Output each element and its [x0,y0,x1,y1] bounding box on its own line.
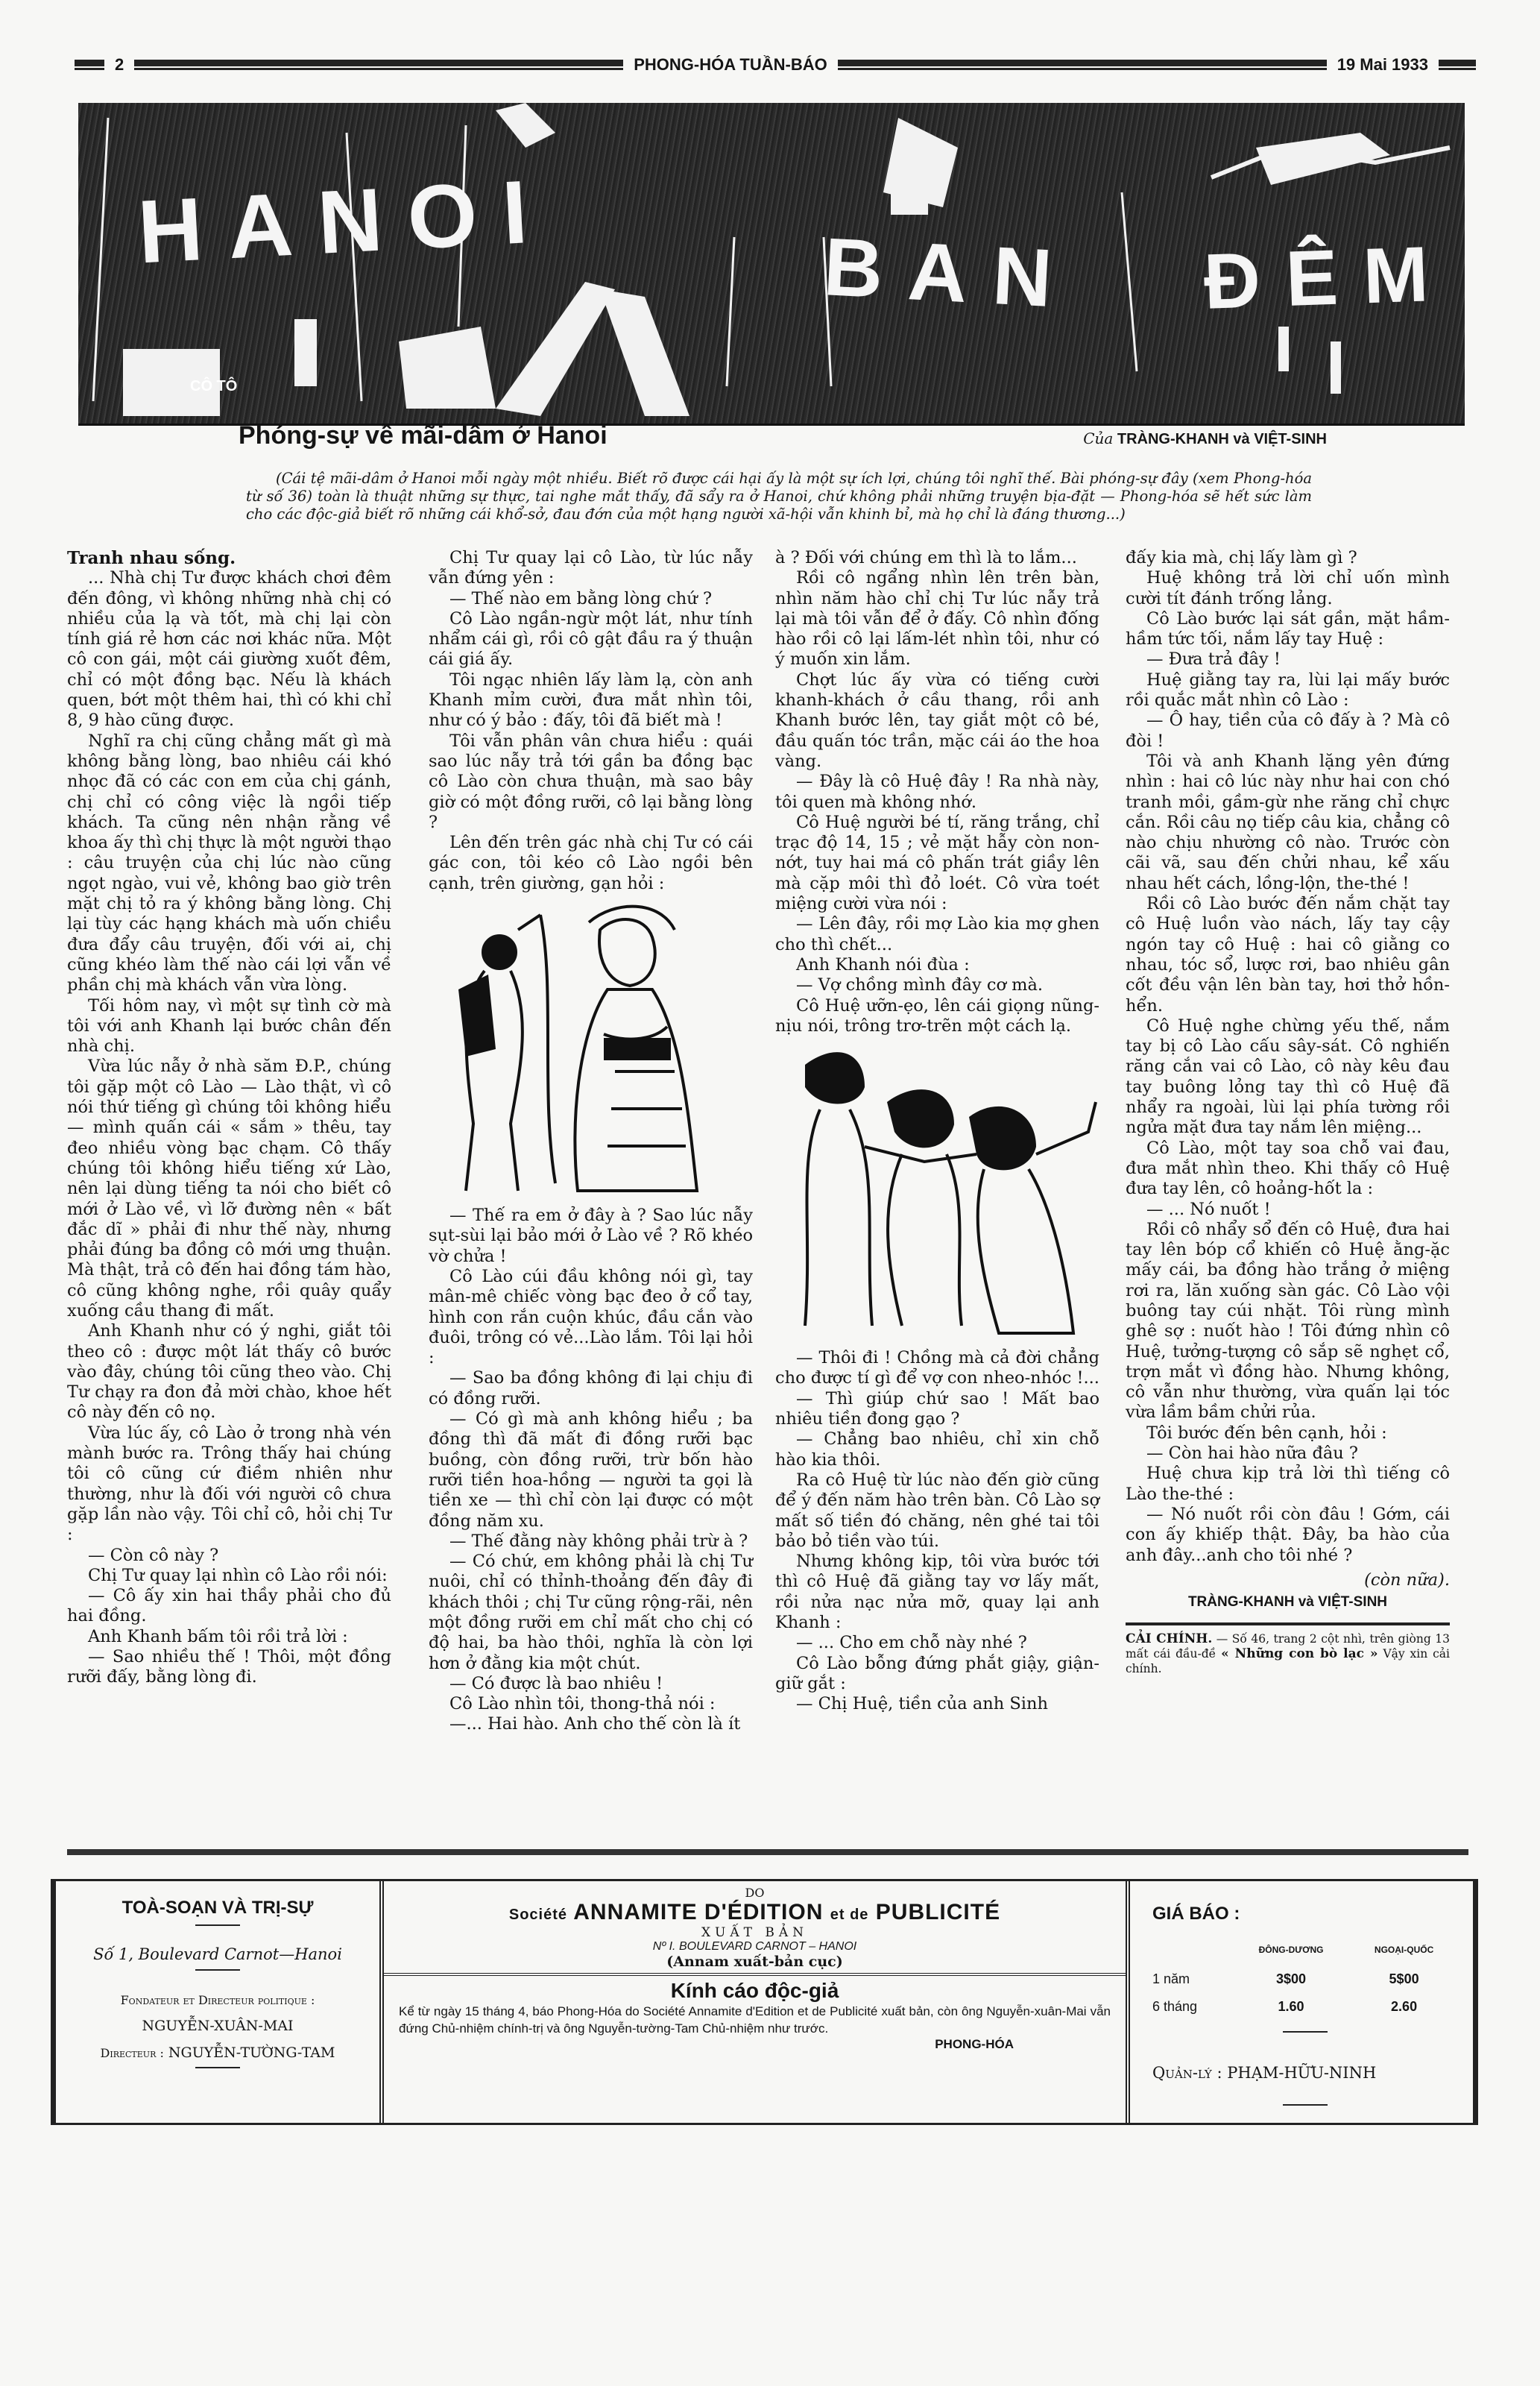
paragraph: Ra cô Huệ từ lúc nào đến giờ cũng để ý đ… [775,1470,1099,1552]
director-name: NGUYỄN-TƯỜNG-TAM [168,2045,335,2061]
publisher-name-part: et de [830,1907,869,1923]
column-4: đấy kia mà, chị lấy làm gì ? Huệ không t… [1126,548,1450,1676]
paper-name: PHONG-HÓA TUẦN-BÁO [634,55,827,75]
paragraph: Cô Lào bỗng đứng phắt giậy, giận-giữ gắt… [775,1654,1099,1695]
article-header: Phóng-sự về mãi-dâm ở Hanoi Của TRÀNG-KH… [239,421,1327,450]
dialogue: — Thế nào em bằng lòng chứ ? [429,589,753,609]
dialogue: — Còn cô này ? [67,1546,391,1566]
price-period: 1 năm [1152,1965,1232,1993]
publisher-info: DO Société ANNAMITE D'ÉDITION et de PUBL… [384,1881,1130,2123]
price-value: 5$00 [1350,1965,1458,1993]
paragraph: Cô Huệ người bé tí, răng trắng, chỉ trạc… [775,813,1099,914]
dialogue: — Sao ba đồng không đi lại chịu đi có đồ… [429,1368,753,1409]
drawing-two-figures [429,900,753,1198]
price-value: 2.60 [1350,1993,1458,2021]
notice-body: Kể từ ngày 15 tháng 4, báo Phong-Hóa do … [384,2003,1126,2037]
dialogue: — Chị Huệ, tiền của anh Sinh [775,1694,1099,1714]
divider [195,2067,240,2068]
dialogue: — Ô hay, tiền của cô đấy à ? Mà cô đòi ! [1126,711,1450,752]
column-1: Tranh nhau sống. ... Nhà chị Tư được khá… [67,548,391,1688]
paragraph: Tôi và anh Khanh lặng yên đứng nhìn : ha… [1126,752,1450,894]
paragraph: Cô Lào nhìn tôi, thong-thả nói : [429,1694,753,1714]
correction-label: CẢI CHÍNH. [1126,1631,1212,1646]
paragraph: Cô Lào ngần-ngừ một lát, như tính nhẩm c… [429,609,753,670]
banner-woodcut: HANOI BAN ĐÊM CÔ TÔ [78,103,1465,426]
column-header [1152,1944,1232,1965]
paragraph: Cô Lào cúi đầu không nói gì, tay mân-mê … [429,1267,753,1368]
paragraph: Anh Khanh như có ý nghi, giắt tôi theo c… [67,1321,391,1423]
editorial-office: TOÀ-SOẠN VÀ TRỊ-SỰ Số 1, Boulevard Carno… [56,1881,384,2123]
dialogue: — Lên đây, rồi mợ Lào kia mợ ghen cho th… [775,914,1099,955]
article-title: Phóng-sự về mãi-dâm ở Hanoi [239,421,608,450]
byline-authors: TRÀNG-KHANH và VIỆT-SINH [1117,431,1327,447]
divider [384,1973,1126,1976]
artist-signature: CÔ TÔ [190,379,237,394]
dialogue: — Thế đằng này không phải trừ à ? [429,1532,753,1552]
founder-name: NGUYỄN-XUÂN-MAI [56,2018,379,2034]
paragraph: Tôi ngạc nhiên lấy làm lạ, còn anh Khanh… [429,670,753,731]
dialogue: — Sao nhiều thế ! Thôi, một đồng rưỡi đấ… [67,1647,391,1688]
article-intro: (Cái tệ mãi-dâm ở Hanoi mỗi ngày một nhi… [246,470,1312,523]
paragraph: Huệ chưa kịp trả lời thì tiếng cô Lào th… [1126,1464,1450,1505]
paragraph: Rồi cô Lào bước đến nắm chặt tay cô Huệ … [1126,894,1450,1016]
prices-heading: GIÁ BÁO : [1152,1904,1458,1924]
price-row: 6 tháng 1.60 2.60 [1152,1993,1458,2021]
paragraph: à ? Đối với chúng em thì là to lắm... [775,548,1099,568]
paragraph: Tôi vẫn phân vân chưa hiểu : quái sao lú… [429,731,753,833]
article-body: Tranh nhau sống. ... Nhà chị Tư được khá… [67,548,1468,1860]
author-signature: TRÀNG-KHANH và VIỆT-SINH [1126,1592,1450,1612]
banner-word-ban: BAN [821,219,1080,327]
publisher-address: Nº I. BOULEVARD CARNOT – HANOI [384,1940,1126,1954]
paragraph: Cô Huệ nghe chừng yếu thế, nắm tay bị cô… [1126,1016,1450,1139]
publisher-vn-name: (Annam xuất-bản cục) [384,1954,1126,1970]
dialogue: — Chẳng bao nhiêu, chỉ xin chỗ hào kia t… [775,1429,1099,1470]
price-row: 1 năm 3$00 5$00 [1152,1965,1458,1993]
paragraph: Tối hôm nay, vì một sự tình cờ mà tôi vớ… [67,996,391,1057]
paragraph: Chị Tư quay lại nhìn cô Lào rồi nói: [67,1566,391,1586]
dialogue: — Nó nuốt rồi còn đâu ! Gớm, cái con ấy … [1126,1505,1450,1566]
paragraph: Vừa lúc ấy, cô Lào ở trong nhà vén mành … [67,1423,391,1546]
banner-word-dem: ĐÊM [1202,229,1455,327]
dialogue: — Thế ra em ở đây à ? Sao lúc nẫy sụt-sù… [429,1206,753,1267]
dialogue: — Có gì mà anh không hiểu ; ba đồng thì … [429,1409,753,1532]
office-heading: TOÀ-SOẠN VÀ TRỊ-SỰ [56,1898,379,1918]
notice-title: Kính cáo độc-giả [384,1979,1126,2003]
section-heading: Tranh nhau sống. [67,548,391,568]
paragraph: Huệ giằng tay ra, lùi lại mấy bước rồi q… [1126,670,1450,711]
paragraph: Cô Lào bước lại sát gần, mặt hầm-hầm tức… [1126,609,1450,650]
price-value: 1.60 [1232,1993,1350,2021]
office-address: Số 1, Boulevard Carnot—Hanoi [56,1945,379,1963]
banner-word-hanoi: HANOI [136,160,555,284]
illustration-man-and-lao-woman [429,900,753,1198]
correction-notice: CẢI CHÍNH. — Số 46, trang 2 cột nhì, trê… [1126,1622,1450,1676]
founder-label: Fondateur et Directeur politique : [56,1993,379,2007]
price-table: ĐÔNG-DƯƠNG NGOẠI-QUỐC 1 năm 3$00 5$00 6 … [1152,1944,1458,2021]
dialogue: — Đưa trả đây ! [1126,649,1450,670]
paragraph: Rồi cô nhẩy sổ đến cô Huệ, đưa hai tay l… [1126,1220,1450,1423]
publisher-name: Société ANNAMITE D'ÉDITION et de PUBLICI… [384,1900,1126,1925]
divider [1283,2031,1328,2033]
correction-missing-title: « Những con bò lạc » [1221,1646,1378,1661]
price-header-row: ĐÔNG-DƯƠNG NGOẠI-QUỐC [1152,1944,1458,1965]
section-divider [67,1849,1468,1863]
price-value: 3$00 [1232,1965,1350,1993]
dialogue: — ... Nó nuốt ! [1126,1200,1450,1220]
manager: Quản-lý : PHẠM-HỮU-NINH [1152,2064,1458,2082]
dialogue: — Vợ chồng mình đây cơ mà. [775,975,1099,995]
column-2: Chị Tư quay lại cô Lào, từ lúc nẫy vẫn đ… [429,548,753,1735]
dialogue: — ... Cho em chỗ này nhé ? [775,1633,1099,1653]
byline: Của TRÀNG-KHANH và VIỆT-SINH [1083,429,1327,448]
to-be-continued: (còn nữa). [1126,1570,1450,1590]
paragraph: Cô Lào, một tay soa chỗ vai đau, đưa mắt… [1126,1139,1450,1200]
masthead: 2 PHONG-HÓA TUẦN-BÁO 19 Mai 1933 [75,52,1476,78]
director-label: Directeur : [101,2046,164,2060]
publisher-name-part: PUBLICITÉ [876,1900,1000,1924]
byline-prefix: Của [1083,429,1113,447]
masthead-rule [838,60,1327,70]
dialogue: —... Hai hào. Anh cho thế còn là ít [429,1714,753,1734]
publisher-do: DO [384,1886,1126,1900]
paragraph: đấy kia mà, chị lấy làm gì ? [1126,548,1450,568]
director: Directeur : NGUYỄN-TƯỜNG-TAM [56,2045,379,2061]
paragraph: Cô Huệ ưỡn-ẹo, lên cái giọng nũng-nịu nó… [775,996,1099,1037]
paragraph: Chị Tư quay lại cô Lào, từ lúc nẫy vẫn đ… [429,548,753,589]
dialogue: — Có chứ, em không phải là chị Tư nuôi, … [429,1552,753,1674]
paragraph: Anh Khanh bấm tôi rồi trả lời : [67,1627,391,1647]
page-number: 2 [115,55,124,75]
illustration-girls-fighting [775,1042,1099,1341]
issue-date: 19 Mai 1933 [1337,55,1428,75]
paragraph: Anh Khanh nói đùa : [775,955,1099,975]
dialogue: — Thôi đi ! Chồng mà cả đời chẳng cho đư… [775,1348,1099,1389]
divider [195,1969,240,1971]
price-period: 6 tháng [1152,1993,1232,2021]
manager-name: PHẠM-HỮU-NINH [1227,2064,1376,2082]
manager-label: Quản-lý : [1152,2064,1222,2082]
masthead-rule [1439,60,1476,70]
column-header: NGOẠI-QUỐC [1350,1944,1458,1965]
paragraph: Chợt lúc ấy vừa có tiếng cười khanh-khác… [775,670,1099,772]
paragraph: Tôi bước đến bên cạnh, hỏi : [1126,1423,1450,1444]
paragraph: Rồi cô ngẩng nhìn lên trên bàn, nhìn năm… [775,568,1099,670]
masthead-rule [134,60,623,70]
paragraph: Lên đến trên gác nhà chị Tư có cái gác c… [429,833,753,894]
dialogue: — Đây là cô Huệ đây ! Ra nhà này, tôi qu… [775,772,1099,813]
paragraph: Nhưng không kịp, tôi vừa bước tới thì cô… [775,1552,1099,1633]
paragraph: Huệ không trả lời chỉ uốn mình cười tít … [1126,568,1450,609]
column-3: à ? Đối với chúng em thì là to lắm... Rồ… [775,548,1099,1714]
column-header: ĐÔNG-DƯƠNG [1232,1944,1350,1965]
subscription-prices: GIÁ BÁO : ĐÔNG-DƯƠNG NGOẠI-QUỐC 1 năm 3$… [1130,1881,1473,2123]
drawing-three-figures [775,1042,1099,1341]
paragraph: Nghĩ ra chị cũng chẳng mất gì mà không b… [67,731,391,996]
notice-signature: PHONG-HÓA [384,2037,1126,2052]
dialogue: — Thì giúp chứ sao ! Mất bao nhiêu tiền … [775,1389,1099,1430]
publisher-xuat-ban: XUẤT BẢN [384,1925,1126,1940]
divider [195,1924,240,1926]
dialogue: — Có được là bao nhiêu ! [429,1674,753,1694]
paragraph: ... Nhà chị Tư được khách chơi đêm đến đ… [67,568,391,731]
divider [1283,2104,1328,2106]
paragraph: Vừa lúc nẫy ở nhà săm Đ.P., chúng tôi gặ… [67,1057,391,1321]
dialogue: — Còn hai hào nữa đâu ? [1126,1444,1450,1464]
dialogue: — Cô ấy xin hai thầy phải cho đủ hai đồn… [67,1586,391,1627]
masthead-rule [75,60,104,70]
publisher-footer: TOÀ-SOẠN VÀ TRỊ-SỰ Số 1, Boulevard Carno… [51,1879,1478,2125]
publisher-name-part: Société [509,1907,567,1923]
publisher-name-part: ANNAMITE D'ÉDITION [573,1900,823,1924]
